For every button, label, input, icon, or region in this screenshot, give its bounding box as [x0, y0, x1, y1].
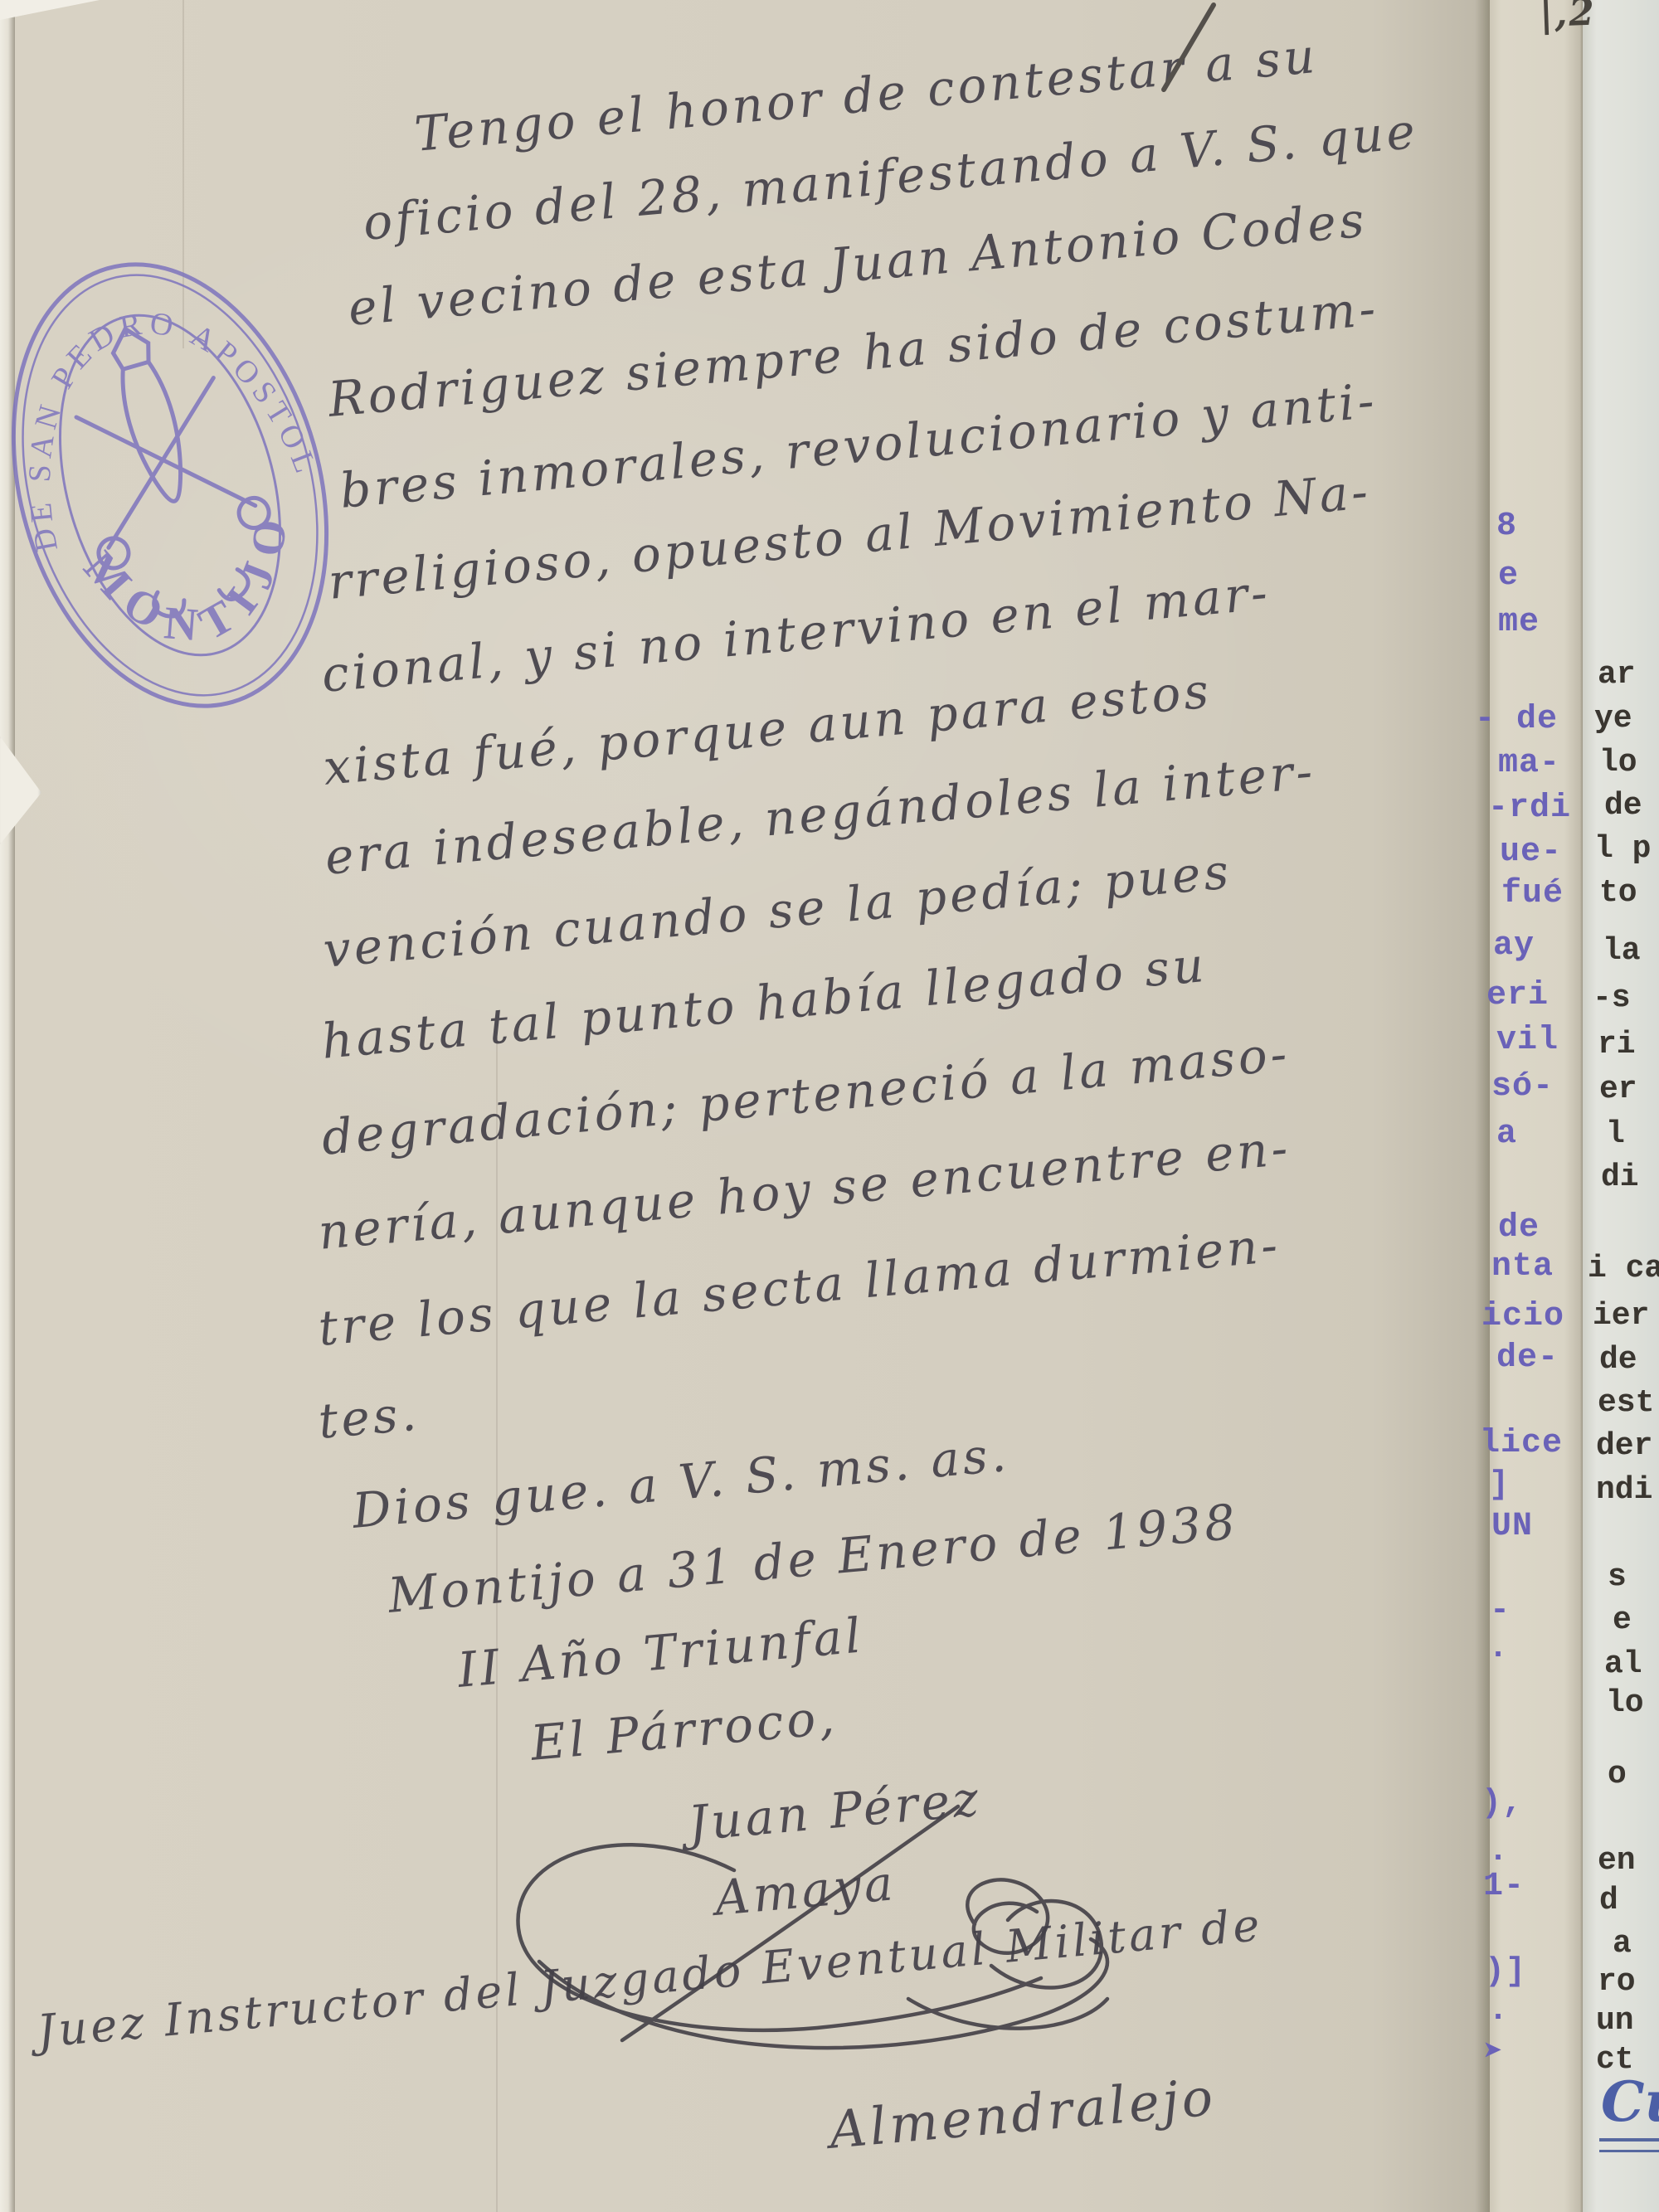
stamp-bottom-text: MONTIJO: [67, 490, 329, 683]
typewritten-fragment-purple: lice: [1480, 1425, 1563, 1462]
typewritten-fragment-purple: ue-: [1500, 834, 1562, 871]
typewritten-fragment-black: un: [1596, 2003, 1634, 2039]
typewritten-fragment-purple: só-: [1491, 1068, 1554, 1106]
typewritten-fragment-purple: UN: [1491, 1508, 1533, 1545]
typewritten-fragment-black: de: [1599, 1342, 1637, 1378]
typewritten-fragment-purple: ),: [1481, 1785, 1523, 1822]
signature-flourish: [460, 1791, 1141, 2065]
typewritten-fragment-black: ri: [1598, 1027, 1636, 1062]
typewritten-fragment-purple: a: [1496, 1116, 1517, 1153]
typewritten-fragment-purple: ➤: [1483, 2032, 1504, 2073]
typewritten-fragment-black: de: [1604, 788, 1642, 824]
typewritten-fragment-purple: me: [1498, 604, 1540, 641]
typewritten-fragment-black: lo: [1599, 745, 1637, 780]
typewritten-fragment-purple: icio: [1481, 1298, 1564, 1335]
typewritten-fragment-purple: de: [1498, 1209, 1540, 1247]
typewritten-fragment-black: o: [1608, 1757, 1627, 1792]
typewritten-fragment-purple: nta: [1491, 1248, 1554, 1286]
typewritten-fragment-purple: )]: [1485, 1953, 1526, 1991]
document-scan: DE SAN PEDRO APOSTOL MONTIJO Tengo el ho…: [0, 0, 1659, 2212]
typewritten-fragment-black: er: [1599, 1072, 1637, 1107]
typewritten-fragment-black: to: [1599, 875, 1637, 911]
typewritten-fragment-purple: ma-: [1498, 745, 1560, 782]
typewritten-fragment-black: al: [1604, 1646, 1642, 1682]
typewritten-fragment-black: -s: [1593, 980, 1631, 1016]
typewritten-fragment-purple: .: [1488, 1630, 1509, 1667]
typewritten-fragment-purple: ]: [1489, 1466, 1510, 1504]
typewritten-fragment-black: di: [1601, 1159, 1639, 1195]
typewritten-fragment-purple: fué: [1501, 875, 1564, 912]
typewritten-fragment-black: la: [1603, 933, 1641, 969]
typewritten-fragment-purple: de-: [1496, 1339, 1559, 1377]
typewritten-fragment-black: en: [1598, 1843, 1636, 1879]
signature-initial-fragment: Cu: [1601, 2069, 1659, 2134]
typewritten-fragment-purple: .: [1488, 1833, 1509, 1870]
typewritten-fragment-black: l: [1606, 1116, 1625, 1152]
typewritten-fragment-black: lo: [1606, 1685, 1644, 1721]
typewritten-fragment-black: ndi: [1596, 1472, 1652, 1508]
typewritten-fragment-black: d: [1599, 1883, 1618, 1918]
typewritten-fragment-purple: e: [1498, 557, 1519, 595]
signature-underline-1: [1599, 2138, 1659, 2142]
corner-handwriting-fragment: |,2: [1539, 0, 1597, 36]
typewritten-fragment-purple: 8: [1496, 508, 1517, 545]
typewritten-fragment-black: ar: [1598, 657, 1636, 693]
handwritten-line: tes.: [316, 1385, 421, 1450]
typewritten-fragment-purple: -rdi: [1488, 790, 1571, 827]
typewritten-fragment-purple: - de: [1475, 701, 1558, 738]
typewritten-fragment-black: e: [1613, 1602, 1632, 1638]
signature-underline-2: [1599, 2150, 1659, 2152]
typewritten-fragment-black: ier: [1593, 1298, 1649, 1334]
typewritten-fragment-black: s: [1608, 1559, 1627, 1595]
typewritten-fragment-black: der: [1596, 1428, 1652, 1464]
typewritten-fragment-black: a: [1613, 1926, 1632, 1962]
typewritten-fragment-black: ye: [1594, 701, 1632, 737]
typewritten-fragment-purple: -: [1490, 1592, 1511, 1630]
typewritten-fragment-black: l p: [1594, 831, 1651, 867]
typewritten-fragment-purple: eri: [1486, 977, 1549, 1014]
typewritten-fragment-purple: 1-: [1483, 1868, 1525, 1905]
typewritten-fragment-purple: .: [1488, 1992, 1509, 2030]
typewritten-fragment-purple: vil: [1496, 1022, 1559, 1059]
typewritten-fragment-black: i ca: [1588, 1251, 1659, 1286]
svg-text:MONTIJO: MONTIJO: [67, 490, 329, 683]
typewritten-fragment-black: est: [1598, 1385, 1654, 1421]
typewritten-fragment-purple: ay: [1493, 927, 1535, 965]
typewritten-fragment-black: ro: [1598, 1964, 1636, 2000]
